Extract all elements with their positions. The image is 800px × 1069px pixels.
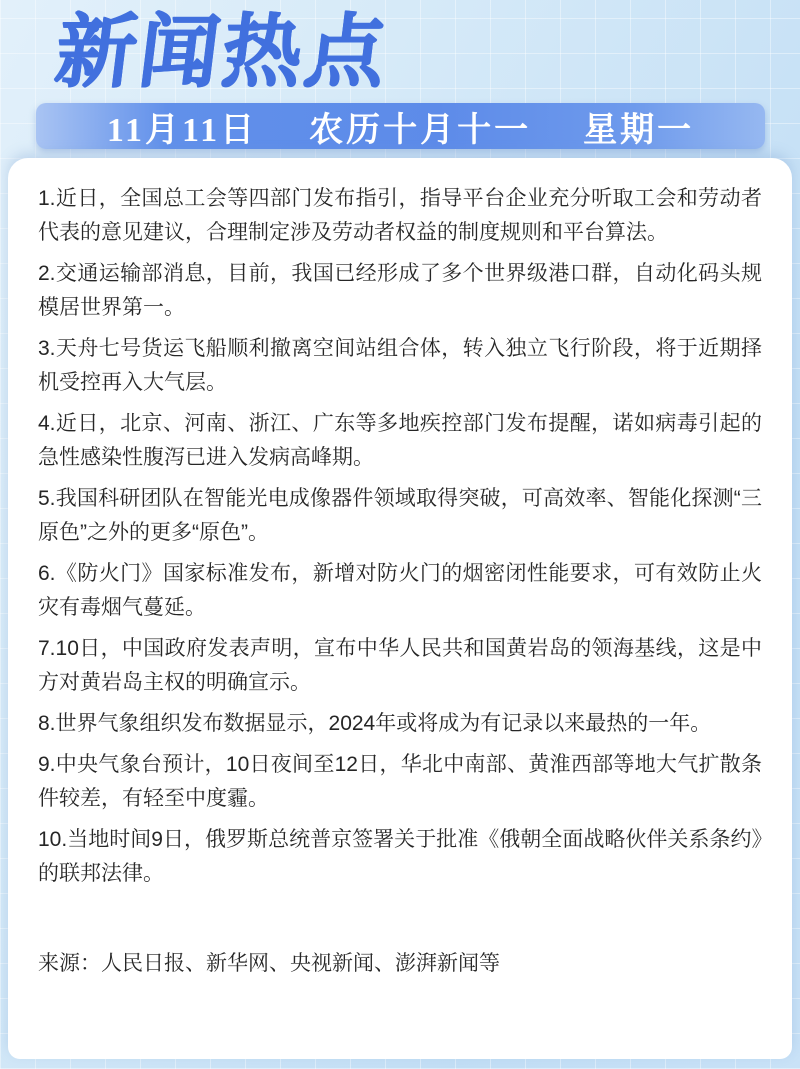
page-title: 新闻热点 <box>50 4 394 100</box>
news-digest-page: 新闻热点 11月11日 农历十月十一 星期一 1.近日，全国总工会等四部门发布指… <box>0 0 800 1069</box>
lunar-date-text: 农历十月十一 <box>309 102 531 151</box>
news-item: 3.天舟七号货运飞船顺利撤离空间站组合体，转入独立飞行阶段，将于近期择机受控再入… <box>38 332 762 400</box>
news-card: 1.近日，全国总工会等四部门发布指引，指导平台企业充分听取工会和劳动者代表的意见… <box>8 158 792 1059</box>
news-item: 10.当地时间9日，俄罗斯总统普京签署关于批准《俄朝全面战略伙伴关系条约》的联邦… <box>38 823 762 891</box>
news-item: 6.《防火门》国家标准发布，新增对防火门的烟密闭性能要求，可有效防止火灾有毒烟气… <box>38 557 762 625</box>
source-line: 来源：人民日报、新华网、央视新闻、澎湃新闻等 <box>38 949 762 979</box>
date-banner: 11月11日 农历十月十一 星期一 <box>36 103 765 149</box>
news-item: 4.近日，北京、河南、浙江、广东等多地疾控部门发布提醒，诺如病毒引起的急性感染性… <box>38 407 762 475</box>
news-item: 5.我国科研团队在智能光电成像器件领域取得突破，可高效率、智能化探测“三原色”之… <box>38 482 762 550</box>
news-item: 1.近日，全国总工会等四部门发布指引，指导平台企业充分听取工会和劳动者代表的意见… <box>38 182 762 250</box>
news-list: 1.近日，全国总工会等四部门发布指引，指导平台企业充分听取工会和劳动者代表的意见… <box>38 182 762 891</box>
news-item: 9.中央气象台预计，10日夜间至12日，华北中南部、黄淮西部等地大气扩散条件较差… <box>38 748 762 816</box>
news-item: 7.10日，中国政府发表声明，宣布中华人民共和国黄岩岛的领海基线，这是中方对黄岩… <box>38 632 762 700</box>
news-item: 8.世界气象组织发布数据显示，2024年或将成为有记录以来最热的一年。 <box>38 707 762 741</box>
weekday-text: 星期一 <box>583 102 694 151</box>
date-text: 11月11日 <box>107 102 257 151</box>
news-item: 2.交通运输部消息，目前，我国已经形成了多个世界级港口群，自动化码头规模居世界第… <box>38 257 762 325</box>
